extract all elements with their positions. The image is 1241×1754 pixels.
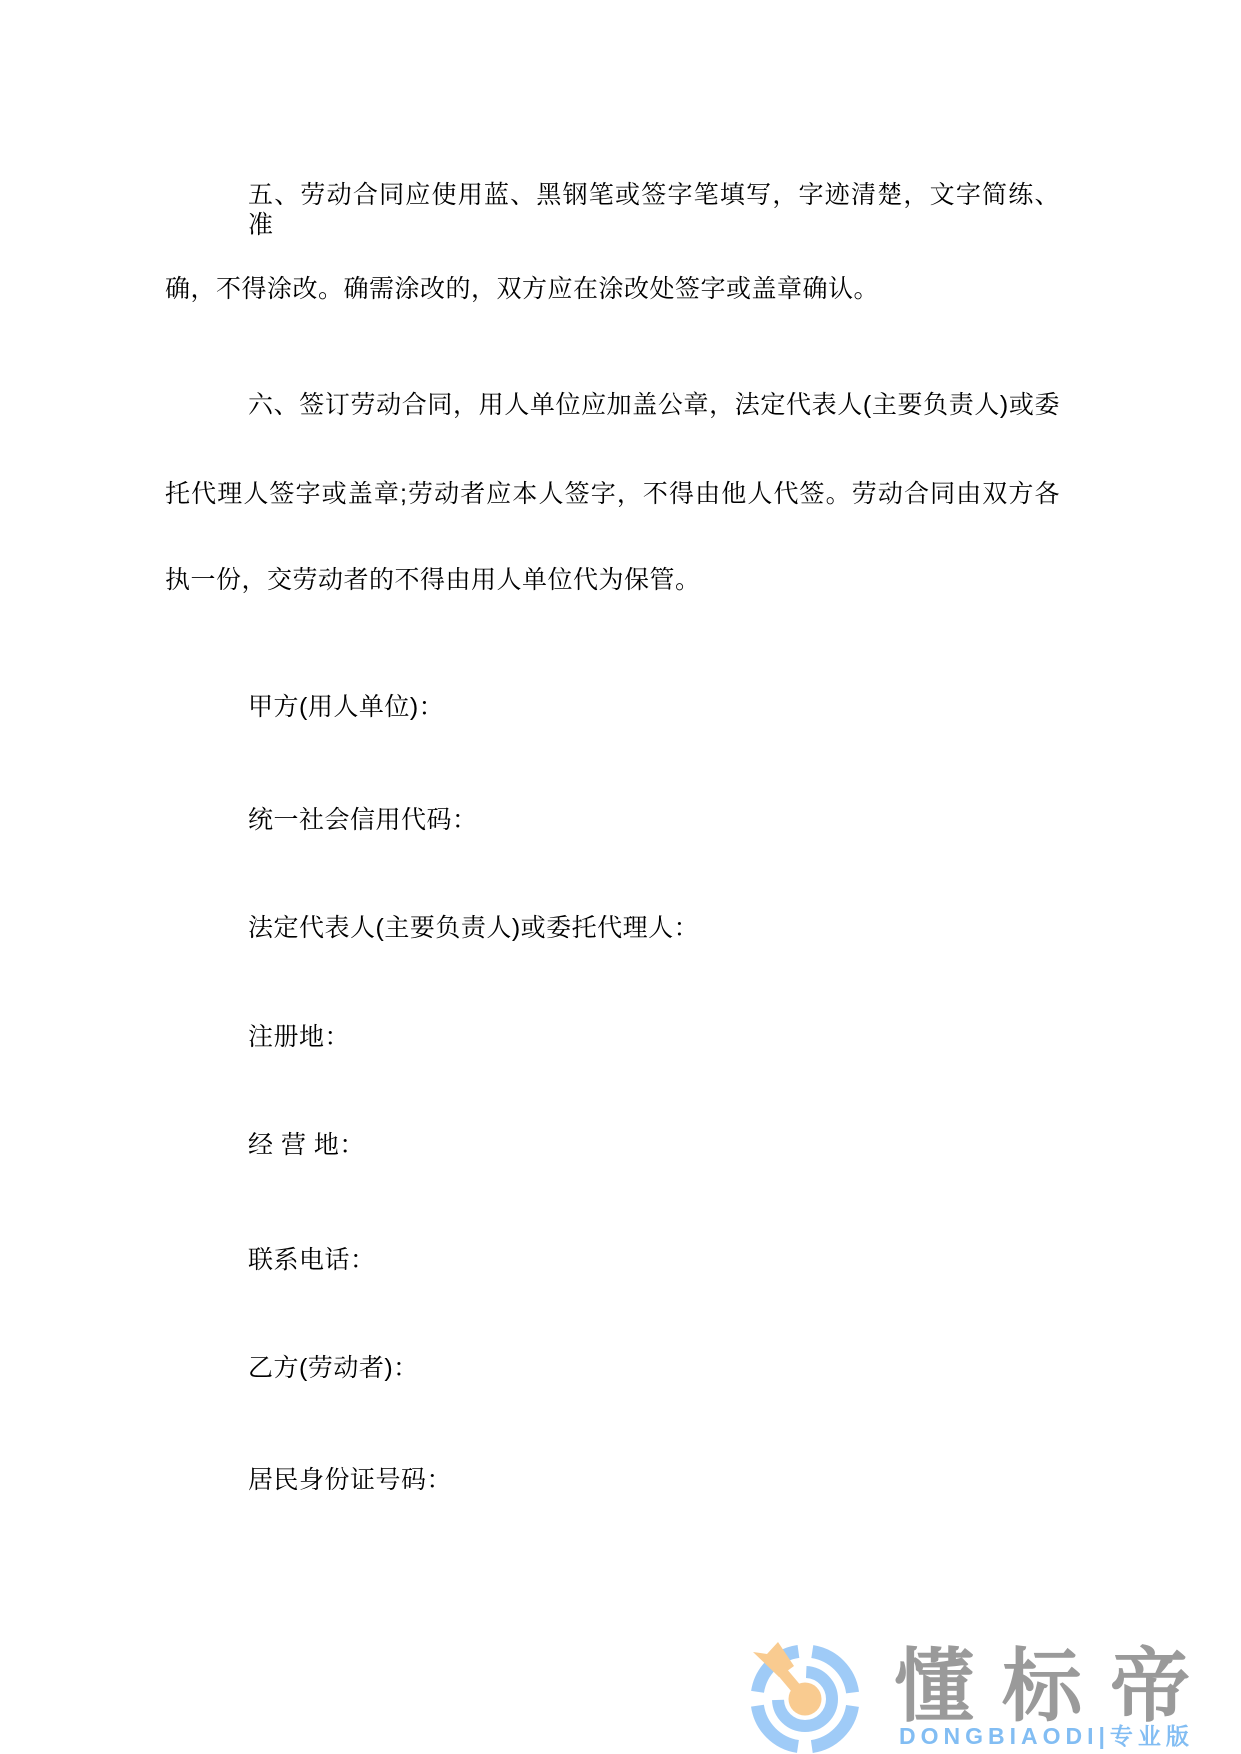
paragraph-five-line-1: 五、劳动合同应使用蓝、黑钢笔或签字笔填写，字迹清楚，文字简练、准 <box>165 180 1060 240</box>
field-registered-address-label: 注册地： <box>165 1022 1060 1052</box>
contract-document-page: 五、劳动合同应使用蓝、黑钢笔或签字笔填写，字迹清楚，文字简练、准 确，不得涂改。… <box>0 0 1241 1754</box>
brand-subtitle: DONGBIAODI|专业版 <box>899 1725 1194 1748</box>
field-party-a-label: 甲方(用人单位)： <box>165 692 1060 722</box>
paragraph-six-line-2: 托代理人签字或盖章;劳动者应本人签字，不得由他人代签。劳动合同由双方各 <box>165 479 1060 509</box>
brand-name-chinese: 懂标帝 <box>894 1647 1218 1727</box>
field-business-address-label: 经 营 地： <box>165 1130 1060 1160</box>
target-arrow-icon <box>748 1641 861 1754</box>
field-contact-phone-label: 联系电话： <box>165 1245 1060 1275</box>
brand-watermark: 懂标帝 DONGBIAODI|专业版 <box>748 1641 1218 1754</box>
field-party-b-label: 乙方(劳动者)： <box>165 1353 1060 1383</box>
paragraph-six-line-1: 六、签订劳动合同，用人单位应加盖公章，法定代表人(主要负责人)或委 <box>165 390 1060 420</box>
field-legal-representative-label: 法定代表人(主要负责人)或委托代理人： <box>165 913 1060 943</box>
paragraph-five-line-2: 确，不得涂改。确需涂改的，双方应在涂改处签字或盖章确认。 <box>165 274 1060 304</box>
field-id-number-label: 居民身份证号码： <box>165 1465 1060 1495</box>
field-credit-code-label: 统一社会信用代码： <box>165 805 1060 835</box>
paragraph-six-line-3: 执一份，交劳动者的不得由用人单位代为保管。 <box>165 565 1060 595</box>
